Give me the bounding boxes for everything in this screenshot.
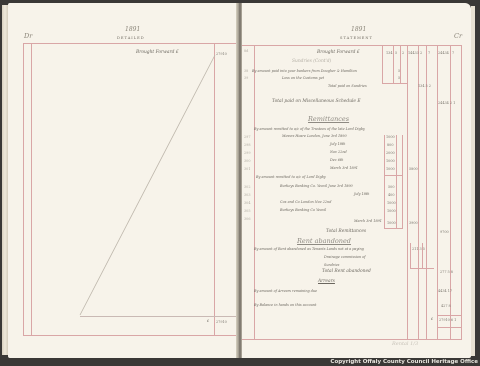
bf-amount: 2	[420, 51, 422, 55]
entry-text: By amount of Arrears remaining due	[254, 289, 317, 293]
subtotal-amount: 3900	[409, 221, 418, 225]
subtotal-amount: 5800	[409, 167, 418, 171]
ref-number: 8d	[244, 49, 248, 53]
ruling-line	[418, 45, 419, 340]
entry-amount: 5	[398, 76, 400, 80]
entry-amount: 1000	[387, 201, 396, 205]
ruling-line	[393, 45, 394, 83]
ruling-line	[410, 243, 411, 268]
ledger-page-left: 1891 DETAILED Dr Brought Forward £ 27910…	[8, 3, 238, 358]
total-remittances-label: Total Remittances	[326, 229, 366, 234]
ruling-line	[437, 327, 462, 328]
entry-amount: 427 8	[441, 304, 451, 308]
entry-text: By amount of Rent abandoned as Tenants L…	[254, 247, 364, 251]
ruling-line	[437, 45, 438, 340]
ruling-line	[242, 339, 462, 340]
total-amount: 27910 6 1	[439, 318, 456, 322]
bf-amount: 24434	[438, 51, 449, 55]
entry-amount: 2000	[386, 151, 395, 155]
total-amount: 27910	[216, 320, 227, 324]
ref-number: 39	[244, 76, 248, 80]
ref-number: 299	[244, 151, 250, 155]
ruling-line	[450, 45, 451, 340]
total-misc-amount: 24434 2 1	[438, 101, 455, 105]
ruling-line	[426, 45, 427, 340]
ref-number: 304	[244, 201, 250, 205]
entry-amount: 1000	[387, 221, 396, 225]
bf-amount: 14433	[408, 51, 419, 55]
ref-number: 301	[244, 167, 250, 171]
ref-number: 297	[244, 135, 250, 139]
page-year: 1891	[125, 26, 140, 33]
bf-amount: 7	[428, 51, 430, 55]
ref-number: 305	[244, 209, 250, 213]
entry-amount: 1000	[386, 167, 395, 171]
page-title: STATEMENT	[340, 36, 373, 40]
entry-amount: 4434 17	[438, 289, 452, 293]
ruling-line	[396, 135, 397, 229]
ruling-line	[242, 45, 462, 46]
subtotal-amount: 134 5 2	[418, 84, 431, 88]
section-heading-arrears: Arrears	[318, 279, 335, 284]
entry-text: Nov 22nd	[330, 150, 347, 154]
ruling-line	[382, 83, 407, 84]
ruling-line	[23, 335, 238, 336]
entry-amount: 211 3 5	[412, 247, 425, 251]
subtotal-amount: 277 5 8	[440, 270, 453, 274]
brought-forward-label: Brought Forward £	[317, 50, 360, 55]
book-edge-right	[471, 6, 475, 356]
ruling-line	[402, 135, 403, 229]
entry-text: By Balance in hands on this account	[254, 303, 316, 307]
entry-text: July 18th	[354, 192, 369, 196]
entry-amount: 1000	[386, 135, 395, 139]
total-remittances-amount: 9700	[440, 230, 449, 234]
ruling-line	[31, 43, 32, 336]
credit-label: Cr	[454, 32, 462, 40]
bf-amount: 134	[386, 51, 392, 55]
total-marker: £	[431, 317, 433, 321]
entry-amount: 800	[387, 143, 393, 147]
entry-text: Burkeys Banking Co. Yeovil June 3rd 1890	[280, 184, 353, 188]
ref-number: 298	[244, 143, 250, 147]
entry-text: Drainage commission of	[324, 255, 366, 259]
pencil-note: Rental 1/3	[392, 341, 418, 347]
bf-amount: 7	[452, 51, 454, 55]
section-heading-remittances: Remittances	[308, 115, 349, 123]
entry-text: Loss on the Customs yet	[282, 76, 324, 80]
section-intro: By amount remitted to a/c of the Trustee…	[254, 127, 365, 131]
entry-text: By amount paid into your bankers from Do…	[252, 69, 357, 73]
total-misc-label: Total paid on Miscellaneous Schedule E	[272, 99, 361, 104]
ref-number: 302	[244, 185, 250, 189]
entry-amount: 5	[398, 69, 400, 73]
entry-amount: 1000	[387, 209, 396, 213]
bf-amount: 5	[395, 51, 397, 55]
ruling-line	[407, 45, 408, 340]
ruling-line	[410, 268, 434, 269]
ruling-line	[382, 45, 383, 83]
entry-amount: 500	[388, 185, 394, 189]
section-intro: By amount remitted to a/c of Lord Digby	[256, 175, 326, 179]
entry-text: March 3rd 1891	[330, 166, 358, 170]
ledger-page-right: 1891 STATEMENT Cr 8d 38 39 Brought Forwa…	[242, 3, 471, 358]
entry-text: Burkeys Banking Co Yeovil	[280, 208, 326, 212]
ref-number: 306	[244, 217, 250, 221]
entry-text: Messrs Hoare London, June 3rd 1890	[282, 134, 347, 138]
cancel-diagonal-line	[78, 53, 218, 318]
subtotal-label: Total paid on Sundries	[328, 84, 367, 88]
entry-text: Sundries	[324, 263, 339, 267]
ref-number: 303	[244, 193, 250, 197]
total-marker: £	[207, 319, 209, 323]
ruling-line	[384, 228, 402, 229]
ruling-line	[461, 45, 462, 340]
page-title: DETAILED	[117, 36, 145, 40]
bf-amount: 2	[402, 51, 404, 55]
entry-amount: 1000	[386, 159, 395, 163]
entry-text: Cox and Co London Nov 22nd	[280, 200, 331, 204]
ruling-line	[384, 135, 385, 229]
entry-text: March 3rd 1891	[354, 219, 382, 223]
subtotal-label: Total Rent abandoned	[322, 269, 371, 274]
section-heading-sundries: Sundries (Cont'd)	[292, 59, 331, 64]
page-year: 1891	[351, 26, 366, 33]
ref-number: 300	[244, 159, 250, 163]
copyright-footer: Copyright Offaly County Council Heritage…	[330, 359, 478, 365]
entry-text: July 18th	[330, 142, 345, 146]
ruling-line	[23, 43, 238, 44]
ruling-line	[384, 175, 402, 176]
section-heading-rent-abandoned: Rent abandoned	[297, 237, 351, 245]
entry-text: Dec 6th	[330, 158, 343, 162]
ruling-line	[437, 315, 462, 316]
ruling-line	[254, 45, 255, 340]
entry-amount: 400	[388, 193, 394, 197]
ruling-line	[23, 43, 24, 336]
ref-number: 38	[244, 69, 248, 73]
debit-label: Dr	[24, 32, 32, 40]
